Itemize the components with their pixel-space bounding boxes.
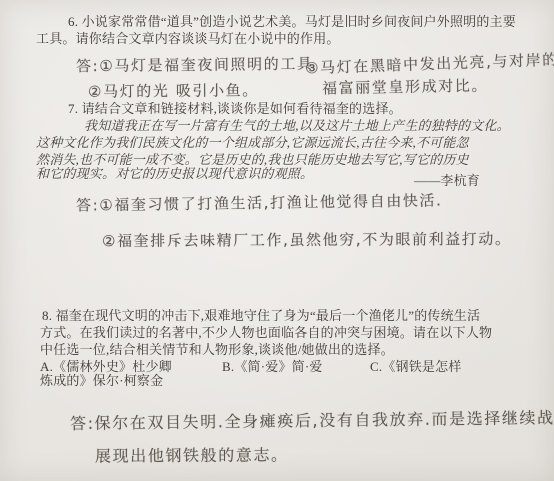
question-8-option-c-part-2: 炼成的》保尔·柯察金 bbox=[40, 372, 163, 389]
question-8-line-1: 8. 福奎在现代文明的冲击下,艰难地守住了身为“最后一个渔佬儿”的传统生活 bbox=[42, 307, 480, 324]
answer-6-segment-4: ②马灯的光 吸引小鱼。 bbox=[88, 79, 259, 101]
question-8-line-3: 中任选一位,结合相关情节和人物形象,谈谈他/她做出的选择。 bbox=[40, 341, 394, 358]
question-6-line-1: 6. 小说家常常借“道具”创造小说艺术美。马灯是旧时乡间夜间户外照明的主要 bbox=[68, 13, 516, 30]
answer-6-segment-2: ③马灯在黑暗中发出光亮,与对岸的 bbox=[305, 49, 554, 79]
question-7-quote-line-1: 我知道我正在写一片富有生气的土地,以及这片土地上产生的独特的文化。 bbox=[84, 117, 510, 134]
quote-attribution: ——李杭育 bbox=[414, 172, 480, 189]
scanned-exam-page: 6. 小说家常常借“道具”创造小说艺术美。马灯是旧时乡间夜间户外照明的主要 工具… bbox=[0, 0, 554, 481]
question-7-quote-line-4: 和它的现实。对它的历史报以现代意识的观照。 bbox=[36, 165, 313, 182]
answer-6-segment-3: 福富丽堂皇形成对比。 bbox=[322, 75, 488, 99]
question-6-line-2: 工具。请你结合文章内容谈谈马灯在小说中的作用。 bbox=[36, 30, 340, 47]
question-8-option-c-part-1: C.《钢铁是怎样 bbox=[370, 358, 462, 375]
question-7-quote-line-2: 这种文化作为我们民族文化的一个组成部分,它源远流长,古往今来,不可能忽 bbox=[36, 134, 469, 151]
question-8-line-2: 方式。在我们读过的名著中,不少人物也面临各自的冲突与困境。请在以下人物 bbox=[40, 324, 492, 341]
question-8-option-b: B.《简·爱》简·爱 bbox=[222, 358, 323, 375]
answer-7-line-1: 答:①福奎习惯了打渔生活,打渔让他觉得自由快活. bbox=[76, 189, 443, 215]
answer-6-segment-1: 答:①马灯是福奎夜间照明的工具 bbox=[76, 53, 314, 76]
answer-8-line-1: 答:保尔在双目失明.全身瘫痪后,没有自我放弃.而是选择继续战斗 bbox=[70, 405, 554, 434]
question-7-heading: 7. 请结合文章和链接材料,谈谈你是如何看待福奎的选择。 bbox=[68, 100, 402, 117]
answer-8-line-2: 展现出他钢铁般的意志。 bbox=[95, 442, 289, 466]
answer-7-line-2: ②福奎排斥去味精厂工作,虽然他穷,不为眼前利益打动。 bbox=[102, 228, 512, 251]
